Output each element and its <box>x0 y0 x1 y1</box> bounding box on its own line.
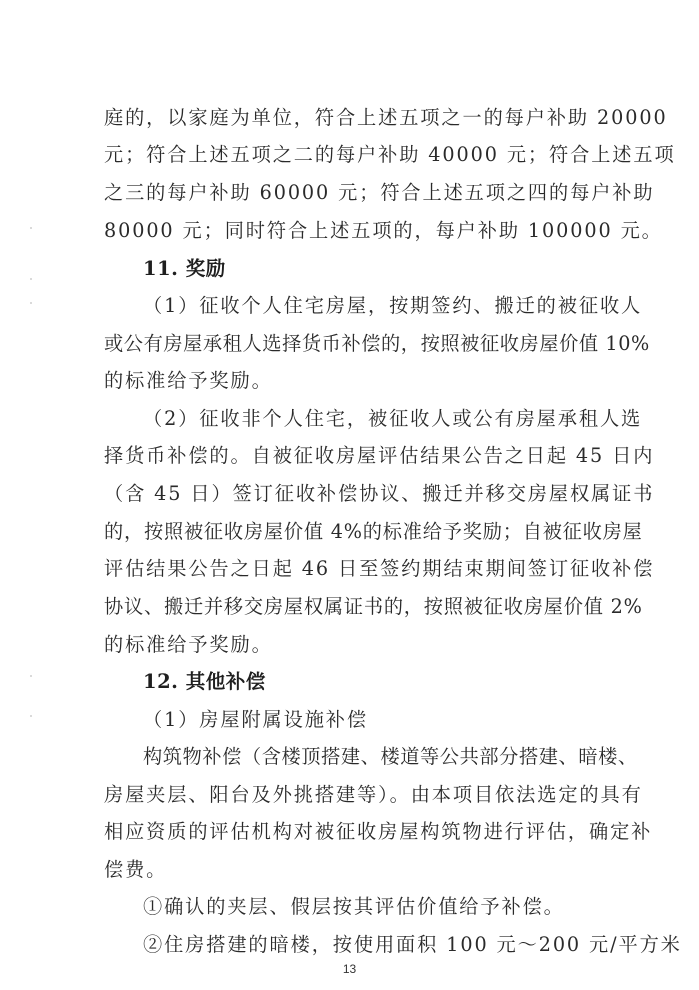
text-line: 或公有房屋承租人选择货币补偿的，按照被征收房屋价值 10% <box>104 329 596 359</box>
scan-speck <box>30 715 32 717</box>
section-heading-11: 11. 奖励 <box>143 254 226 284</box>
text-line: （1）征收个人住宅房屋，按期签约、搬迁的被征收人 <box>143 291 596 321</box>
text-line: （2）征收非个人住宅，被征收人或公有房屋承租人选 <box>143 404 596 434</box>
scan-speck <box>30 227 32 229</box>
text-line: 的，按照被征收房屋价值 4%的标准给予奖励；自被征收房屋 <box>104 517 596 547</box>
text-line: 评估结果公告之日起 46 日至签约期结束期间签订征收补偿 <box>104 554 596 584</box>
text-line: （含 45 日）签订征收补偿协议、搬迁并移交房屋权属证书 <box>104 479 596 509</box>
text-line: 构筑物补偿（含楼顶搭建、楼道等公共部分搭建、暗楼、 <box>143 742 596 772</box>
text-line: 元；符合上述五项之二的每户补助 40000 元；符合上述五项 <box>104 140 596 170</box>
text-line: 庭的，以家庭为单位，符合上述五项之一的每户补助 20000 <box>104 103 596 133</box>
text-line: 择货币补偿的。自被征收房屋评估结果公告之日起 45 日内 <box>104 441 596 471</box>
section-heading-12: 12. 其他补偿 <box>143 667 266 697</box>
text-line: 偿费。 <box>104 855 596 885</box>
text-line: 房屋夹层、阳台及外挑搭建等）。由本项目依法选定的具有 <box>104 780 596 810</box>
text-line: （1）房屋附属设施补偿 <box>143 705 596 735</box>
text-line: 的标准给予奖励。 <box>104 630 596 660</box>
text-line: ②住房搭建的暗楼，按使用面积 100 元～200 元/平方米 <box>143 930 596 960</box>
scan-speck <box>30 302 32 304</box>
scan-speck <box>30 278 32 280</box>
text-line: 相应资质的评估机构对被征收房屋构筑物进行评估，确定补 <box>104 817 596 847</box>
scan-speck <box>30 675 32 677</box>
text-line: 80000 元；同时符合上述五项的，每户补助 100000 元。 <box>104 216 596 246</box>
page-number: 13 <box>0 962 699 976</box>
text-line: 之三的每户补助 60000 元；符合上述五项之四的每户补助 <box>104 178 596 208</box>
text-line: ①确认的夹层、假层按其评估价值给予补偿。 <box>143 892 596 922</box>
document-page: 庭的，以家庭为单位，符合上述五项之一的每户补助 20000 元；符合上述五项之二… <box>0 0 699 990</box>
text-line: 协议、搬迁并移交房屋权属证书的，按照被征收房屋价值 2% <box>104 592 596 622</box>
text-line: 的标准给予奖励。 <box>104 366 596 396</box>
